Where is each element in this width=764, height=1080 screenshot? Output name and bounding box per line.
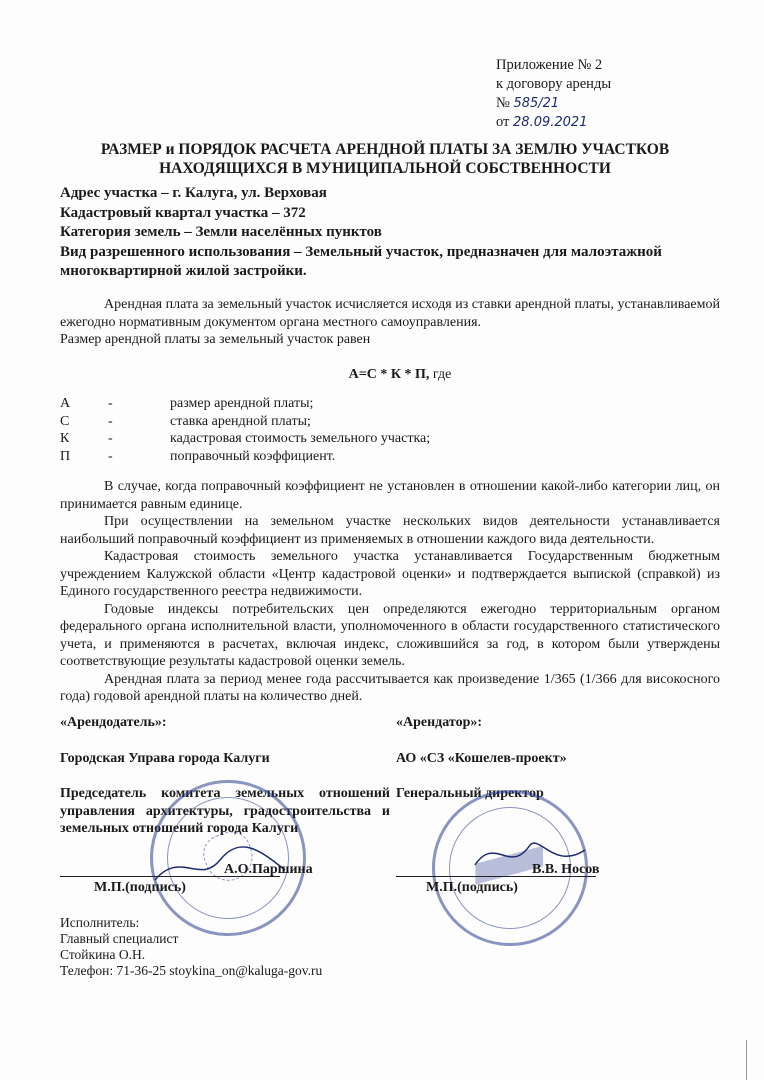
lessee-position: Генеральный директор: [396, 785, 716, 803]
annex-line-1: Приложение № 2: [496, 56, 611, 75]
executor-name: Стойкина О.Н.: [60, 947, 322, 963]
document-title: РАЗМЕР и ПОРЯДОК РАСЧЕТА АРЕНДНОЙ ПЛАТЫ …: [60, 140, 710, 178]
lessee-role: «Арендатор»:: [396, 714, 716, 732]
contract-number-handwritten: 585/21: [513, 96, 559, 111]
lessee-signatory: В.В. Носов: [532, 862, 600, 878]
lessor-org: Городская Управа города Калуги: [60, 750, 390, 768]
plot-address: Адрес участка – г. Калуга, ул. Верховая: [60, 184, 720, 204]
definition-dash: -: [108, 448, 170, 466]
document-page: Приложение № 2 к договору аренды № 585/2…: [0, 0, 764, 1080]
formula-expression: А=С * К * П,: [349, 367, 430, 382]
contract-date-handwritten: 28.09.2021: [513, 115, 587, 130]
definition-row: К - кадастровая стоимость земельного уча…: [60, 430, 720, 448]
lessor-stamp-label: М.П.(подпись): [94, 880, 186, 896]
scan-edge-mark: [746, 1040, 747, 1080]
land-category: Категория земель – Земли населённых пунк…: [60, 223, 720, 243]
definition-text: ставка арендной платы;: [170, 413, 311, 431]
formula-definitions: А - размер арендной платы; С - ставка ар…: [60, 395, 720, 465]
executor-block: Исполнитель: Главный специалист Стойкина…: [60, 915, 322, 979]
definition-row: С - ставка арендной платы;: [60, 413, 720, 431]
formula-where: где: [429, 367, 451, 382]
contract-date: от 28.09.2021: [496, 113, 611, 132]
definition-row: А - размер арендной платы;: [60, 395, 720, 413]
title-line-1: РАЗМЕР и ПОРЯДОК РАСЧЕТА АРЕНДНОЙ ПЛАТЫ …: [60, 140, 710, 159]
executor-label: Исполнитель:: [60, 915, 322, 931]
definition-row: П - поправочный коэффициент.: [60, 448, 720, 466]
title-line-2: НАХОДЯЩИХСЯ В МУНИЦИПАЛЬНОЙ СОБСТВЕННОСТ…: [60, 159, 710, 178]
definition-symbol: А: [60, 395, 108, 413]
executor-position: Главный специалист: [60, 931, 322, 947]
executor-contact: Телефон: 71-36-25 stoykina_on@kaluga-gov…: [60, 963, 322, 979]
definition-symbol: С: [60, 413, 108, 431]
paragraph-partial-year: Арендная плата за период менее года расс…: [60, 671, 720, 706]
definition-symbol: П: [60, 448, 108, 466]
paragraph-coefficient-default: В случае, когда поправочный коэффициент …: [60, 478, 720, 513]
formula: А=С * К * П, где: [60, 366, 720, 384]
cadastral-quarter: Кадастровый квартал участка – 372: [60, 204, 720, 224]
definition-text: поправочный коэффициент.: [170, 448, 335, 466]
size-line: Размер арендной платы за земельный участ…: [60, 331, 720, 349]
definition-symbol: К: [60, 430, 108, 448]
paragraph-price-indices: Годовые индексы потребительских цен опре…: [60, 601, 720, 671]
number-prefix: №: [496, 95, 510, 111]
date-prefix: от: [496, 114, 509, 130]
annex-line-2: к договору аренды: [496, 75, 611, 94]
definition-dash: -: [108, 430, 170, 448]
paragraph-multiple-activities: При осуществлении на земельном участке н…: [60, 513, 720, 548]
definition-dash: -: [108, 413, 170, 431]
annex-header: Приложение № 2 к договору аренды № 585/2…: [496, 56, 611, 132]
definition-text: размер арендной платы;: [170, 395, 313, 413]
intro-paragraph: Арендная плата за земельный участок исчи…: [60, 296, 720, 331]
definition-text: кадастровая стоимость земельного участка…: [170, 430, 430, 448]
definition-dash: -: [108, 395, 170, 413]
lessor-role: «Арендодатель»:: [60, 714, 390, 732]
permitted-use: Вид разрешенного использования – Земельн…: [60, 243, 720, 282]
lessee-stamp-label: М.П.(подпись): [426, 880, 518, 896]
lessor-signatory: А.О.Паршина: [224, 862, 313, 878]
contract-number: № 585/21: [496, 94, 611, 113]
lessee-block: «Арендатор»: АО «СЗ «Кошелев-проект» Ген…: [396, 714, 716, 803]
lessee-org: АО «СЗ «Кошелев-проект»: [396, 750, 716, 768]
document-body: Арендная плата за земельный участок исчи…: [60, 296, 720, 706]
paragraph-cadastral-value: Кадастровая стоимость земельного участка…: [60, 548, 720, 601]
plot-info: Адрес участка – г. Калуга, ул. Верховая …: [60, 184, 720, 282]
